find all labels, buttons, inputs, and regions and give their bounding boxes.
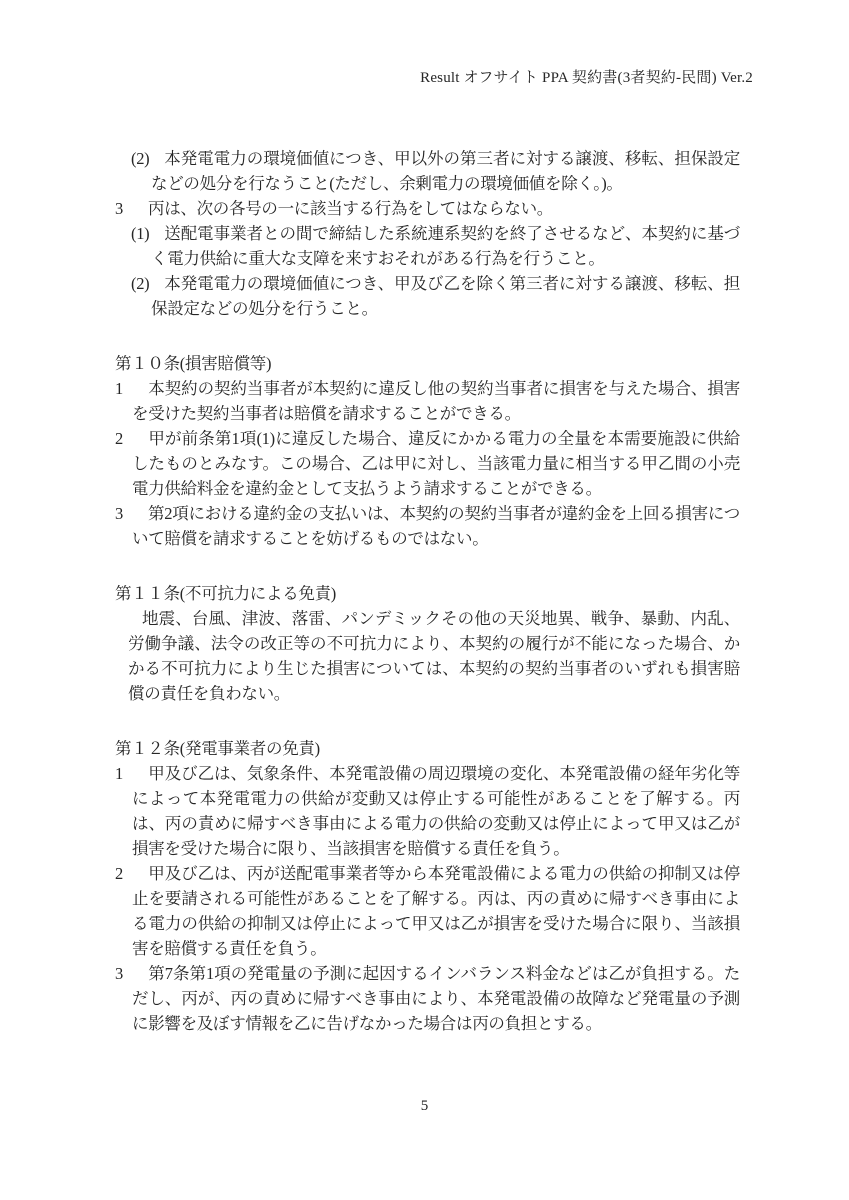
clause-number: 2 (115, 861, 148, 886)
clause-text: 丙は、次の各号の一に該当する行為をしてはならない。 (148, 199, 553, 218)
article-heading: 第１２条(発電事業者の免責) (115, 736, 740, 761)
clause-number: 1 (115, 376, 148, 401)
numbered-clause: 1本契約の契約当事者が本契約に違反し他の契約当事者に損害を与えた場合、損害を受け… (115, 376, 740, 426)
item-text: 送配電事業者との間で締結した系統連系契約を終了させるなど、本契約に基づく電力供給… (151, 224, 740, 268)
clause-text: 甲が前条第1項(1)に違反した場合、違反にかかる電力の全量を本需要施設に供給した… (132, 429, 740, 498)
document-header-title: Result オフサイト PPA 契約書(3者契約-民間) Ver.2 (420, 66, 753, 87)
list-item: (2)本発電電力の環境価値につき、甲及び乙を除く第三者に対する譲渡、移転、担保設… (115, 271, 740, 321)
clause-text: 甲及び乙は、丙が送配電事業者等から本発電設備による電力の供給の抑制又は停止を要請… (132, 864, 740, 958)
article-heading: 第１１条(不可抗力による免責) (115, 581, 740, 606)
clause-number: 1 (115, 761, 148, 786)
document-page: Result オフサイト PPA 契約書(3者契約-民間) Ver.2 (2)本… (0, 0, 849, 1200)
numbered-clause: 1甲及び乙は、気象条件、本発電設備の周辺環境の変化、本発電設備の経年劣化等によっ… (115, 761, 740, 861)
numbered-clause: 2甲及び乙は、丙が送配電事業者等から本発電設備による電力の供給の抑制又は停止を要… (115, 861, 740, 961)
item-text: 本発電電力の環境価値につき、甲以外の第三者に対する譲渡、移転、担保設定などの処分… (151, 149, 740, 193)
clause-text: 第7条第1項の発電量の予測に起因するインバランス料金などは乙が負担する。ただし、… (132, 964, 740, 1033)
clause-number: 2 (115, 426, 148, 451)
numbered-clause: 3第2項における違約金の支払いは、本契約の契約当事者が違約金を上回る損害について… (115, 501, 740, 551)
list-item: (2)本発電電力の環境価値につき、甲以外の第三者に対する譲渡、移転、担保設定など… (115, 146, 740, 196)
clause-text: 甲及び乙は、気象条件、本発電設備の周辺環境の変化、本発電設備の経年劣化等によって… (132, 764, 740, 858)
clause-number: 3 (115, 961, 148, 986)
numbered-clause: 2甲が前条第1項(1)に違反した場合、違反にかかる電力の全量を本需要施設に供給し… (115, 426, 740, 501)
clause-paragraph: 地震、台風、津波、落雷、パンデミックその他の天災地異、戦争、暴動、内乱、労働争議… (115, 606, 740, 706)
item-text: 本発電電力の環境価値につき、甲及び乙を除く第三者に対する譲渡、移転、担保設定など… (151, 274, 740, 318)
item-marker: (2) (131, 146, 164, 171)
clause-number: 3 (115, 501, 148, 526)
numbered-clause: 3第7条第1項の発電量の予測に起因するインバランス料金などは乙が負担する。ただし… (115, 961, 740, 1036)
clause-number: 3 (115, 196, 148, 221)
item-marker: (1) (131, 221, 164, 246)
document-body: (2)本発電電力の環境価値につき、甲以外の第三者に対する譲渡、移転、担保設定など… (115, 146, 740, 1036)
clause-text: 本契約の契約当事者が本契約に違反し他の契約当事者に損害を与えた場合、損害を受けた… (132, 379, 740, 423)
numbered-clause: 3丙は、次の各号の一に該当する行為をしてはならない。 (115, 196, 740, 221)
list-item: (1)送配電事業者との間で締結した系統連系契約を終了させるなど、本契約に基づく電… (115, 221, 740, 271)
item-marker: (2) (131, 271, 164, 296)
page-number: 5 (0, 1098, 849, 1115)
article-heading: 第１０条(損害賠償等) (115, 351, 740, 376)
clause-text: 第2項における違約金の支払いは、本契約の契約当事者が違約金を上回る損害について賠… (132, 504, 740, 548)
